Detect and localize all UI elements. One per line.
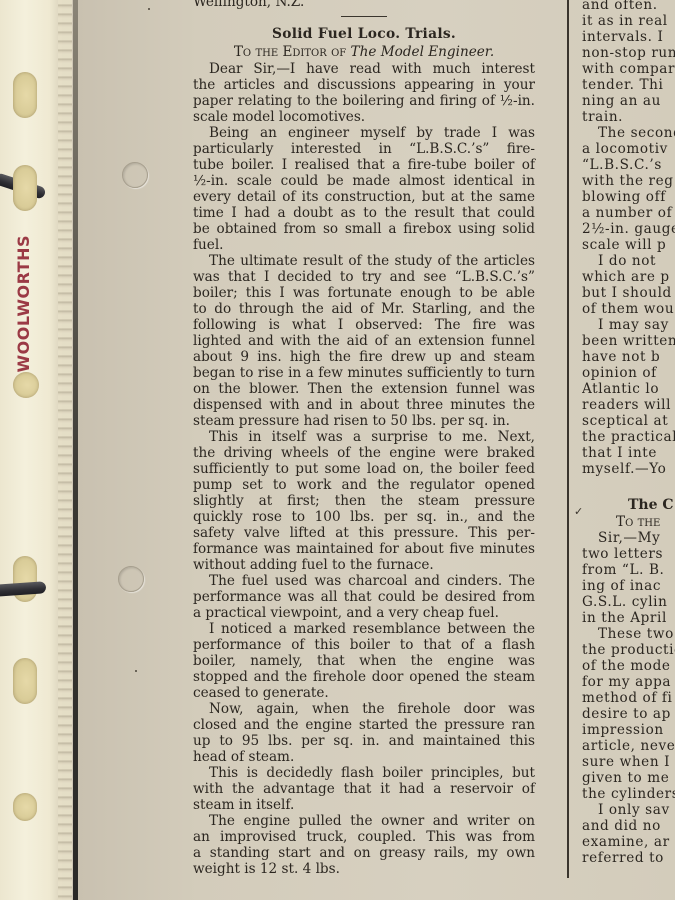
column-divider	[567, 0, 569, 878]
text-line: a standing start and on greasy rails, my…	[193, 845, 535, 861]
text-line: of them wou	[582, 301, 675, 317]
text-line: Now, again, when the firehole door was	[193, 701, 535, 717]
letter-salutation: To the Editor of The Model Engineer.	[193, 44, 535, 61]
text-line: given to me	[582, 770, 675, 786]
text-line: about 9 ins. high the fire drew up and s…	[193, 349, 535, 365]
text-line: The engine pulled the owner and writer o…	[193, 813, 535, 829]
text-line: tube boiler. I realised that a fire-tube…	[193, 157, 535, 173]
text-line: with compar	[582, 61, 675, 77]
text-line: weight is 12 st. 4 lbs.	[193, 861, 535, 877]
binder-hole	[13, 658, 37, 704]
text-line: These two	[582, 626, 675, 642]
second-letter-salutation: To the	[582, 514, 675, 530]
text-line: and did no	[582, 818, 675, 834]
text-line: 2½-in. gauge	[582, 221, 675, 237]
text-line: dispensed with and in about three minute…	[193, 397, 535, 413]
publication-name: The Model Engineer.	[351, 44, 495, 60]
paper-speck	[148, 8, 150, 10]
text-line: steam pressure had risen to 50 lbs. per …	[193, 413, 535, 429]
text-line: of the mode	[582, 658, 675, 674]
text-line: particularly interested in “L.B.S.C.’s” …	[193, 141, 535, 157]
text-line: to do through the aid of Mr. Starling, a…	[193, 301, 535, 317]
paper-speck	[135, 670, 137, 672]
text-line: but I should	[582, 285, 675, 301]
text-line: was that I decided to try and see “L.B.S…	[193, 269, 535, 285]
punched-circle-mark	[118, 566, 144, 592]
binder-hole	[13, 372, 39, 398]
text-line: The fuel used was charcoal and cinders. …	[193, 573, 535, 589]
text-line: which are p	[582, 269, 675, 285]
text-line: performance was all that could be desire…	[193, 589, 535, 605]
text-line: been written	[582, 333, 675, 349]
text-line: article, neve	[582, 738, 675, 754]
text-line: opinion of	[582, 365, 675, 381]
text-line: G.S.L. cylin	[582, 594, 675, 610]
text-line: without adding fuel to the furnace.	[193, 557, 535, 573]
letter-title: Solid Fuel Loco. Trials.	[193, 26, 535, 44]
adjacent-letter-continuation: and often.it as in realintervals. Inon-s…	[582, 0, 675, 477]
text-line: a number of	[582, 205, 675, 221]
second-letter-body: Sir,—Mytwo lettersfrom “L. B.ing of inac…	[582, 530, 675, 866]
text-line: method of fi	[582, 690, 675, 706]
text-line: quickly rose to 100 lbs. per sq. in., an…	[193, 509, 535, 525]
text-line: Dear Sir,—I have read with much interest	[193, 61, 535, 77]
text-line: non-stop run	[582, 45, 675, 61]
text-line: fuel.	[193, 237, 535, 253]
text-line: referred to	[582, 850, 675, 866]
sleeve-perforation-edge	[58, 0, 72, 900]
text-line: scale will p	[582, 237, 675, 253]
text-line: examine, ar	[582, 834, 675, 850]
text-line: the driving wheels of the engine were br…	[193, 445, 535, 461]
text-line: performance of this boiler to that of a …	[193, 637, 535, 653]
text-line: with the reg	[582, 173, 675, 189]
text-line: The second	[582, 125, 675, 141]
text-line: boiler, namely, that when the engine was	[193, 653, 535, 669]
text-line: an improvised truck, coupled. This was f…	[193, 829, 535, 845]
binder-hole	[13, 793, 37, 821]
text-line: I may say	[582, 317, 675, 333]
text-line: myself.—Yo	[582, 461, 675, 477]
text-line: on the blower. Then the extension funnel…	[193, 381, 535, 397]
text-line: readers will	[582, 397, 675, 413]
text-line: two letters	[582, 546, 675, 562]
text-line: stopped and the firehole door opened the…	[193, 669, 535, 685]
text-line: impression	[582, 722, 675, 738]
text-line: ing of inac	[582, 578, 675, 594]
text-line: a locomotiv	[582, 141, 675, 157]
binder-hole	[13, 165, 37, 211]
text-line: Sir,—My	[582, 530, 675, 546]
text-line: up to 95 lbs. per sq. in. and maintained…	[193, 733, 535, 749]
text-line: with the advantage that it had a reservo…	[193, 781, 535, 797]
binder-sleeve: WOOLWORTHS	[0, 0, 62, 900]
salutation-prefix: To the Editor of	[234, 44, 351, 60]
binder-hole	[13, 72, 37, 118]
text-line: ½-in. scale could be made almost identic…	[193, 173, 535, 189]
text-line: time I had a doubt as to the result that…	[193, 205, 535, 221]
text-line: formance was maintained for about five m…	[193, 541, 535, 557]
text-line: I noticed a marked resemblance between t…	[193, 621, 535, 637]
text-line: This in itself was a surprise to me. Nex…	[193, 429, 535, 445]
letter-column: Wellington, N.Z. Solid Fuel Loco. Trials…	[193, 0, 535, 877]
text-line: ning an au	[582, 93, 675, 109]
text-line: scale model locomotives.	[193, 109, 535, 125]
second-letter-title: The C	[582, 497, 675, 514]
text-line: head of steam.	[193, 749, 535, 765]
text-line: every detail of its construction, but at…	[193, 189, 535, 205]
text-line: blowing off	[582, 189, 675, 205]
text-line: Being an engineer myself by trade I was	[193, 125, 535, 141]
adjacent-column: and often.it as in realintervals. Inon-s…	[582, 0, 675, 866]
text-line: I do not	[582, 253, 675, 269]
text-line: have not b	[582, 349, 675, 365]
text-line: sure when I	[582, 754, 675, 770]
punched-circle-mark	[122, 162, 148, 188]
text-line: I only sav	[582, 802, 675, 818]
text-line: closed and the engine started the pressu…	[193, 717, 535, 733]
text-line: from “L. B.	[582, 562, 675, 578]
text-line: The ultimate result of the study of the …	[193, 253, 535, 269]
text-line: intervals. I	[582, 29, 675, 45]
text-line: This is decidedly flash boiler principle…	[193, 765, 535, 781]
text-line: sufficiently to put some load on, the bo…	[193, 461, 535, 477]
text-line: Atlantic lo	[582, 381, 675, 397]
text-line: “L.B.S.C.’s	[582, 157, 675, 173]
text-line: safety valve lifted at this pressure. Th…	[193, 525, 535, 541]
binder-brand-label: WOOLWORTHS	[14, 235, 33, 372]
previous-letter-signoff: Wellington, N.Z.	[193, 0, 535, 10]
text-line: boiler; this I was fortunate enough to b…	[193, 285, 535, 301]
section-rule	[341, 16, 387, 17]
letter-body: Dear Sir,—I have read with much interest…	[193, 61, 535, 877]
text-line: the cylinders	[582, 786, 675, 802]
text-line: pump set to work and the regulator opene…	[193, 477, 535, 493]
text-line: began to rise in a few minutes sufficien…	[193, 365, 535, 381]
text-line: for my appa	[582, 674, 675, 690]
text-line: following is what I observed: The fire w…	[193, 317, 535, 333]
text-line: a practical viewpoint, and a very cheap …	[193, 605, 535, 621]
text-line: tender. Thi	[582, 77, 675, 93]
binder-ring	[0, 581, 46, 597]
text-line: be obtained from so small a firebox usin…	[193, 221, 535, 237]
text-line: steam in itself.	[193, 797, 535, 813]
text-line: ceased to generate.	[193, 685, 535, 701]
text-line: desire to ap	[582, 706, 675, 722]
text-line: in the April	[582, 610, 675, 626]
text-line: it as in real	[582, 13, 675, 29]
text-line: slightly at first; then the steam pressu…	[193, 493, 535, 509]
text-line: paper relating to the boilering and firi…	[193, 93, 535, 109]
text-line: train.	[582, 109, 675, 125]
text-line: lighted and with the aid of an extension…	[193, 333, 535, 349]
text-line: the productio	[582, 642, 675, 658]
text-line: the articles and discussions appearing i…	[193, 77, 535, 93]
text-line: the practical	[582, 429, 675, 445]
text-line: that I inte	[582, 445, 675, 461]
text-line: sceptical at	[582, 413, 675, 429]
text-line: and often.	[582, 0, 675, 13]
